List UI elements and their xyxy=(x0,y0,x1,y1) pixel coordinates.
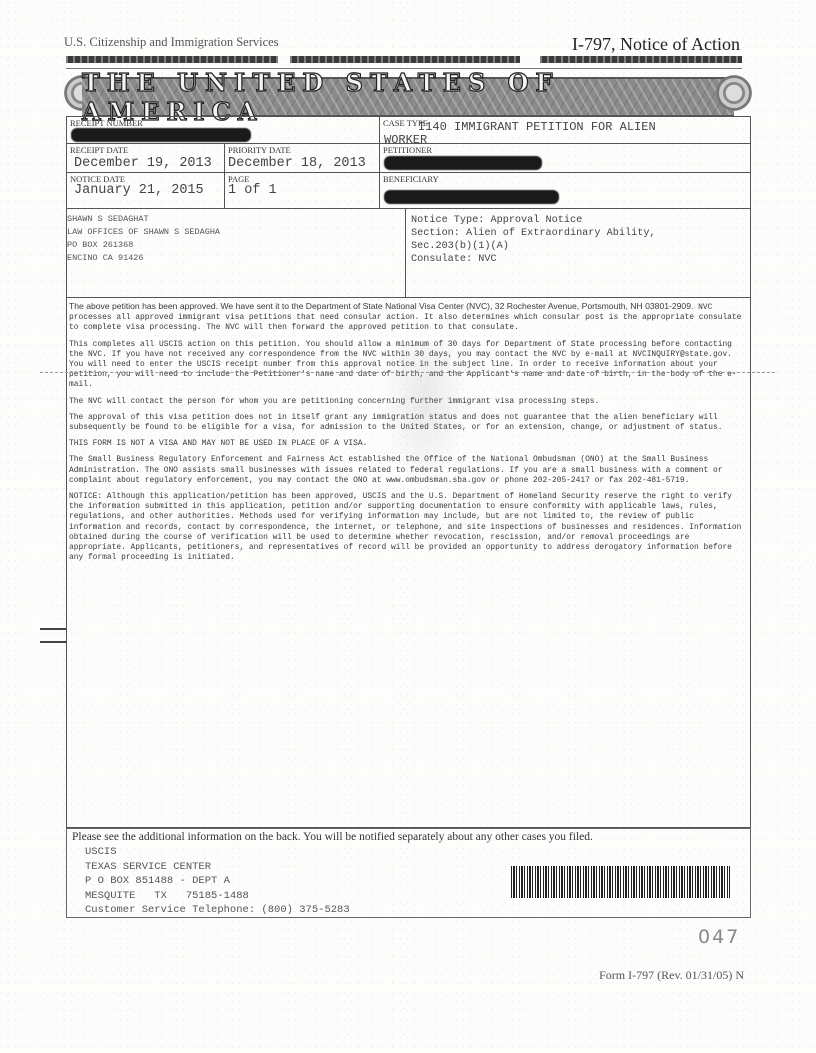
footer-note: Please see the additional information on… xyxy=(72,831,593,843)
petitioner-cell: Petitioner xyxy=(380,144,750,173)
margin-mark xyxy=(40,628,66,630)
mailing-address-block: SHAWN S SEDAGHAT LAW OFFICES OF SHAWN S … xyxy=(67,209,406,298)
rosette-ornament-icon xyxy=(714,73,754,113)
office-line: USCIS xyxy=(85,845,350,860)
mailing-address-lines: SHAWN S SEDAGHAT LAW OFFICES OF SHAWN S … xyxy=(67,213,220,265)
redaction-bar xyxy=(384,190,559,204)
notice-section: Section: Alien of Extraordinary Ability, xyxy=(411,227,656,240)
header-band xyxy=(540,56,742,63)
redaction-bar xyxy=(71,128,251,142)
priority-date-value: December 18, 2013 xyxy=(228,156,366,171)
paragraph-nvc-contact: The NVC will contact the person for whom… xyxy=(69,397,745,407)
field-label: Priority Date xyxy=(228,145,291,155)
barcode xyxy=(511,866,730,898)
header-band xyxy=(290,56,520,63)
form-title: I-797, Notice of Action xyxy=(572,34,740,55)
field-label: Beneficiary xyxy=(383,174,439,184)
form-revision: Form I-797 (Rev. 01/31/05) N xyxy=(599,968,744,983)
agency-name: U.S. Citizenship and Immigration Service… xyxy=(64,35,279,50)
beneficiary-cell: Beneficiary xyxy=(380,173,750,209)
scan-artifact-line xyxy=(40,372,775,373)
page-cell: Page 1 of 1 xyxy=(225,173,380,209)
notice-body: The above petition has been approved. We… xyxy=(69,301,745,569)
receipt-date-cell: Receipt Date December 19, 2013 xyxy=(67,144,225,173)
notice-type: Notice Type: Approval Notice xyxy=(411,214,656,227)
address-line: SHAWN S SEDAGHAT xyxy=(67,213,220,226)
address-line: ENCINO CA 91426 xyxy=(67,252,220,265)
margin-mark xyxy=(40,641,66,643)
paragraph-approval: The above petition has been approved. We… xyxy=(69,301,745,334)
service-center-address: USCIS TEXAS SERVICE CENTER P O BOX 85148… xyxy=(85,845,350,918)
office-line: MESQUITE TX 75185-1488 xyxy=(85,889,350,904)
case-type-cell: Case Type I140 IMMIGRANT PETITION FOR AL… xyxy=(380,117,750,144)
office-line: P O BOX 851488 - DEPT A xyxy=(85,874,350,889)
notice-info-block: Notice Type: Approval Notice Section: Al… xyxy=(406,209,750,298)
priority-date-cell: Priority Date December 18, 2013 xyxy=(225,144,380,173)
notice-consulate: Consulate: NVC xyxy=(411,253,656,266)
notice-section-code: Sec.203(b)(1)(A) xyxy=(411,240,656,253)
notice-form: Receipt Number Case Type I140 IMMIGRANT … xyxy=(66,116,751,828)
notice-date-cell: Notice Date January 21, 2015 xyxy=(67,173,225,209)
redaction-bar xyxy=(384,156,542,170)
notice-date-value: January 21, 2015 xyxy=(74,183,204,198)
field-label: Receipt Date xyxy=(70,145,128,155)
paragraph-verification-notice: NOTICE: Although this application/petiti… xyxy=(69,492,745,563)
header-band xyxy=(66,56,278,63)
paragraph-no-guarantee: The approval of this visa petition does … xyxy=(69,413,745,433)
engraved-banner: The United States of America xyxy=(82,77,734,117)
footer-box: Please see the additional information on… xyxy=(66,828,751,918)
paragraph-not-a-visa: THIS FORM IS NOT A VISA AND MAY NOT BE U… xyxy=(69,439,745,449)
receipt-date-value: December 19, 2013 xyxy=(74,156,212,171)
office-line: TEXAS SERVICE CENTER xyxy=(85,860,350,875)
field-label: Petitioner xyxy=(383,145,432,155)
case-type-value: I140 IMMIGRANT PETITION FOR ALIEN xyxy=(418,120,656,134)
customer-service-phone: Customer Service Telephone: (800) 375-52… xyxy=(85,903,350,918)
notice-info-lines: Notice Type: Approval Notice Section: Al… xyxy=(411,214,656,266)
paragraph-sbrefa: The Small Business Regulatory Enforcemen… xyxy=(69,455,745,486)
paragraph-nvc-processing: This completes all USCIS action on this … xyxy=(69,340,745,391)
handwritten-page-number: 047 xyxy=(698,926,740,948)
address-line: PO BOX 261368 xyxy=(67,239,220,252)
page-value: 1 of 1 xyxy=(228,183,277,198)
receipt-number-cell: Receipt Number xyxy=(67,117,380,144)
address-line: LAW OFFICES OF SHAWN S SEDAGHA xyxy=(67,226,220,239)
field-label: Receipt Number xyxy=(70,118,143,128)
